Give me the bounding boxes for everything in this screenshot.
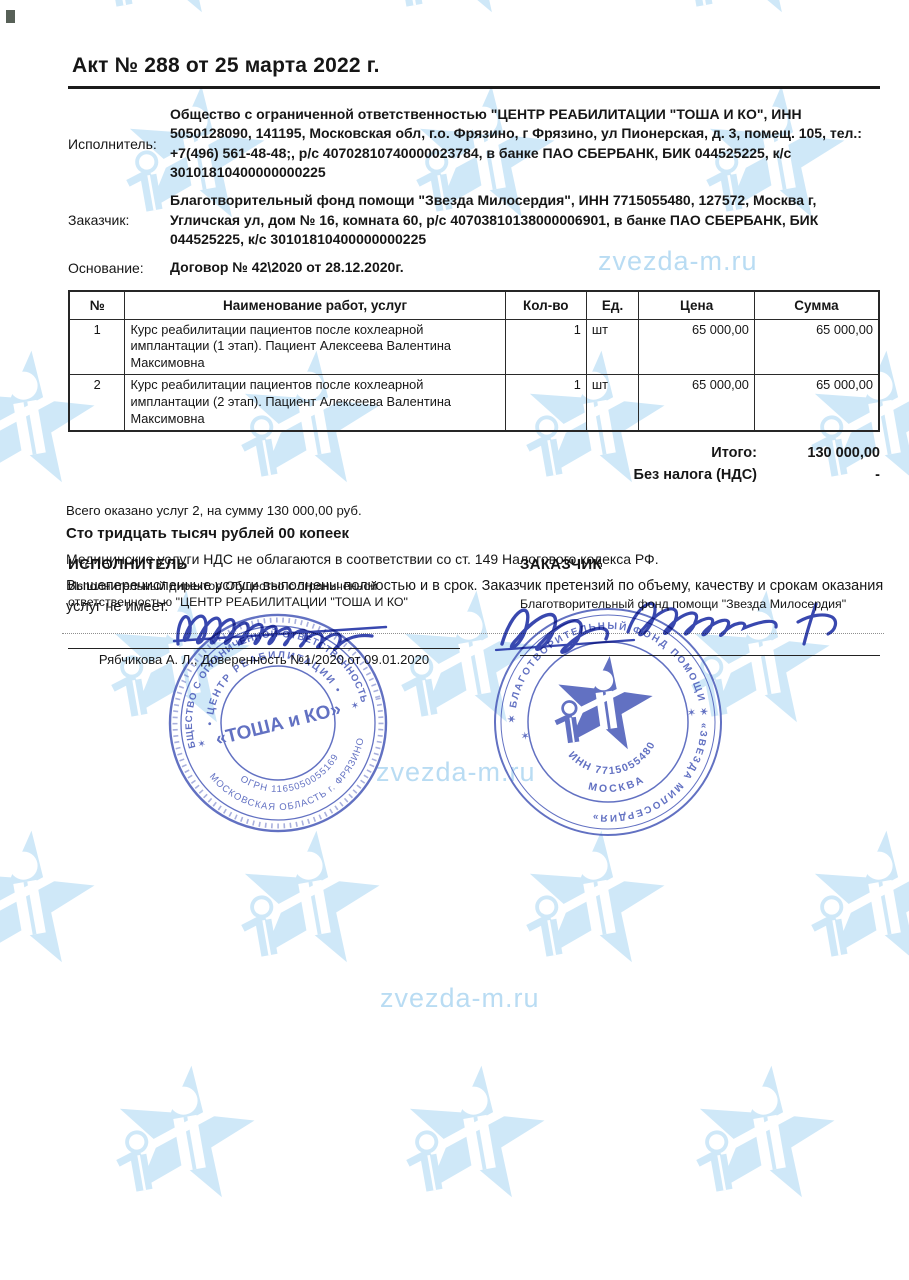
svg-text:МОСКОВСКАЯ ОБЛАСТЬ г. ФРЯЗИНО: МОСКОВСКАЯ ОБЛАСТЬ г. ФРЯЗИНО [206, 734, 380, 830]
stamp-star-mark-icon: ✶ [520, 730, 531, 743]
row-name: Курс реабилитации пациентов после кохлеа… [125, 375, 505, 431]
parties-section: Исполнитель: Общество с ограниченной отв… [68, 105, 880, 278]
row-num: 1 [69, 319, 125, 375]
document-title: Акт № 288 от 25 марта 2022 г. [0, 0, 909, 78]
tax-label: Без налога (НДС) [68, 464, 757, 486]
scanned-act-document: zvezda-m.ruzvezda-m.ruzvezda-m.ru Акт № … [0, 0, 909, 1280]
col-header-sum: Сумма [754, 291, 879, 320]
basis-details: Договор № 42\2020 от 28.12.2020г. [170, 258, 880, 277]
col-header-qty: Кол-во [505, 291, 586, 320]
col-header-price: Цена [639, 291, 755, 320]
stamp-star-mark-icon: ✶ [197, 738, 208, 751]
stamp-star-logo-icon [548, 651, 660, 759]
stamp-star-mark-icon: ✶ [686, 707, 697, 720]
col-header-name: Наименование работ, услуг [125, 291, 505, 320]
row-unit: шт [586, 375, 638, 431]
total-value: 130 000,00 [757, 442, 880, 464]
total-label: Итого: [68, 442, 757, 464]
customer-row: Заказчик: Благотворительный фонд помощи … [68, 191, 880, 249]
stamp-center-text: «ТОША и КО» [213, 699, 343, 750]
table-row: 1 Курс реабилитации пациентов после кохл… [69, 319, 879, 375]
row-sum: 65 000,00 [754, 375, 879, 431]
customer-label: Заказчик: [68, 212, 170, 228]
basis-row: Основание: Договор № 42\2020 от 28.12.20… [68, 258, 880, 277]
executor-details: Общество с ограниченной ответственностью… [170, 105, 880, 182]
svg-text:МОСКВА: МОСКВА [586, 773, 649, 799]
stamp-ring-text: МОСКОВСКАЯ ОБЛАСТЬ г. ФРЯЗИНО [206, 734, 380, 830]
document-content: Акт № 288 от 25 марта 2022 г. Исполнител… [0, 0, 909, 1280]
stamp-inn-text: ИНН 7715055480 [565, 738, 662, 784]
tax-value: - [757, 464, 880, 486]
executor-label: Исполнитель: [68, 136, 170, 152]
col-header-num: № [69, 291, 125, 320]
svg-text:ИНН 7715055480: ИНН 7715055480 [565, 738, 662, 784]
customer-heading: ЗАКАЗЧИК [520, 556, 882, 573]
row-qty: 1 [505, 375, 586, 431]
stamp-city-text: МОСКВА [586, 773, 649, 799]
totals-section: Итого: 130 000,00 Без налога (НДС) - [68, 442, 880, 487]
basis-label: Основание: [68, 260, 170, 276]
table-header-row: № Наименование работ, услуг Кол-во Ед. Ц… [69, 291, 879, 320]
row-price: 65 000,00 [639, 319, 755, 375]
row-unit: шт [586, 319, 638, 375]
total-row: Итого: 130 000,00 [68, 442, 880, 464]
table-row: 2 Курс реабилитации пациентов после кохл… [69, 375, 879, 431]
title-underline [68, 86, 880, 89]
tax-row: Без налога (НДС) - [68, 464, 880, 486]
customer-handwritten-signature-2 [620, 584, 888, 656]
executor-row: Исполнитель: Общество с ограниченной отв… [68, 105, 880, 182]
executor-role-line1: Исполнительный директор Общество с огран… [68, 579, 468, 595]
row-num: 2 [69, 375, 125, 431]
executor-handwritten-signature [172, 600, 462, 662]
row-name: Курс реабилитации пациентов после кохлеа… [125, 319, 505, 375]
services-table: № Наименование работ, услуг Кол-во Ед. Ц… [68, 290, 880, 432]
amount-in-words: Сто тридцать тысяч рублей 00 копеек [66, 525, 909, 542]
row-qty: 1 [505, 319, 586, 375]
row-price: 65 000,00 [639, 375, 755, 431]
row-sum: 65 000,00 [754, 319, 879, 375]
col-header-unit: Ед. [586, 291, 638, 320]
executor-heading: ИСПОЛНИТЕЛЬ [68, 556, 468, 573]
summary-services-line: Всего оказано услуг 2, на сумму 130 000,… [66, 503, 909, 518]
customer-details: Благотворительный фонд помощи "Звезда Ми… [170, 191, 880, 249]
